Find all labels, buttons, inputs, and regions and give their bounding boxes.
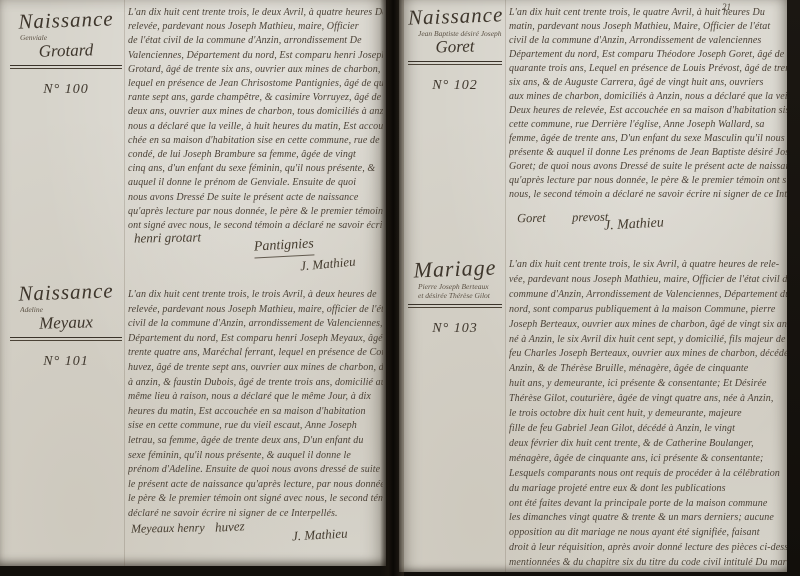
record-number: N° 102	[408, 78, 502, 94]
handwritten-line: heures du matin, Est accouchée en sa mai…	[128, 405, 383, 420]
handwritten-line: le père & le premier témoin ont signé av…	[128, 492, 383, 507]
handwritten-line: nous, le second témoin a déclaré ne savo…	[509, 188, 787, 202]
handwritten-line: Département du nord, Est comparu henri J…	[128, 332, 383, 347]
handwritten-line: Goret; de quoi nous avons Dressé de suit…	[509, 160, 787, 174]
signature-witness: huvez	[215, 518, 245, 536]
record-number: N° 103	[408, 321, 502, 337]
double-rule	[10, 337, 122, 341]
handwritten-line: letrau, sa femme, âgée de trente deux an…	[128, 434, 383, 449]
signature-mayor: J. Mathieu	[604, 215, 665, 234]
scanned-register-photo: { "document": { "kind": "French civil re…	[0, 0, 800, 576]
handwritten-line: ont été faites devant la principale port…	[509, 497, 787, 512]
handwritten-line: L'an dix huit cent trente trois, le six …	[509, 258, 787, 273]
handwritten-line: Grotard, âgé de trente six ans, ouvrier …	[128, 63, 383, 77]
handwritten-line: aux mines de charbon, domiciliés à Anzin…	[509, 90, 787, 104]
handwritten-line: quarante trois ans, Lequel en présence d…	[509, 62, 787, 76]
groom-name-note: Pierre Joseph Berteaux	[418, 282, 502, 291]
handwritten-line: nous a déclaré que la veille, à huit heu…	[128, 120, 383, 134]
handwritten-line: Département du nord, Est comparu Théodor…	[509, 48, 787, 62]
handwritten-line: présente & auquel il donne Les prénoms d…	[509, 146, 787, 160]
handwritten-line: condé, de lui Joseph Brambure sa femme, …	[128, 148, 383, 162]
handwritten-line: de l'état civil de la commune d'Anzin, a…	[128, 34, 383, 48]
handwritten-line: ménagère, âgée de cinquante ans, ici pré…	[509, 452, 787, 467]
left-page-margin-crease	[124, 0, 125, 566]
handwritten-line: opposition au dit mariage ne nous ayant …	[509, 526, 787, 541]
handwritten-line: le présent acte de naissance qu'après le…	[128, 478, 383, 493]
family-surname: Meyaux	[10, 312, 122, 335]
right-page-margin-crease	[505, 0, 506, 572]
handwritten-line: relevée, pardevant nous Joseph Mathieu, …	[128, 303, 383, 318]
handwritten-line: Valenciennes, Département du nord, Est c…	[128, 49, 383, 63]
handwritten-line: déclaré ne savoir écrire ni signer de ce…	[128, 507, 383, 522]
handwritten-line: chée en sa maison d'habitation sise en c…	[128, 134, 383, 148]
handwritten-line: cette commune, rue Derrière l'église, An…	[509, 118, 787, 132]
record-101-act-text: L'an dix huit cent trente trois, le troi…	[128, 288, 383, 522]
handwritten-line: L'an dix huit cent trente trois, le quat…	[509, 6, 787, 20]
handwritten-line: auquel il donne le prénom de Genviale. E…	[128, 176, 383, 190]
handwritten-line: sise en cette commune, rue du vieil esca…	[128, 419, 383, 434]
handwritten-line: civil de la commune d'Anzin, Arrondissem…	[509, 34, 787, 48]
handwritten-line: né à Anzin, le six Avril dix huit cent s…	[509, 333, 787, 348]
handwritten-line: L'an dix huit cent trente trois, le troi…	[128, 288, 383, 303]
handwritten-line: du mariage projeté entre eux & dont les …	[509, 482, 787, 497]
record-number: N° 100	[10, 82, 122, 98]
record-type-label: Naissance	[10, 278, 123, 307]
double-rule	[10, 65, 122, 69]
handwritten-line: Anzin, & de Thérèse Bruille, ménagère, â…	[509, 362, 787, 377]
margin-annotation-record-102: Naissance Jean Baptiste désiré Joseph Go…	[408, 4, 502, 94]
margin-annotation-record-103: Mariage Pierre Joseph Berteaux et désiré…	[408, 256, 502, 337]
record-100-act-text: L'an dix huit cent trente trois, le deux…	[128, 6, 383, 233]
handwritten-line: le trois octobre dix huit cent huit, y d…	[509, 407, 787, 422]
handwritten-line: trente quatre ans, Maréchal ferrant, leq…	[128, 346, 383, 361]
margin-annotation-record-100: Naissance Genviale Grotard N° 100	[10, 8, 122, 98]
family-surname: Grotard	[10, 40, 122, 63]
signature-witness: Pantignies	[254, 236, 315, 258]
handwritten-line: deux février dix huit cent trente, & de …	[509, 437, 787, 452]
handwritten-line: deux ans, ouvrier aux mines de charbon, …	[128, 105, 383, 119]
handwritten-line: relevée, pardevant nous Joseph Mathieu, …	[128, 20, 383, 34]
handwritten-line: Deux heures de relevée, Est accouchée en…	[509, 104, 787, 118]
handwritten-line: qu'après lecture par nous donnée, le pèr…	[509, 174, 787, 188]
handwritten-line: fille de feu Gabriel Jean Gilot, décédé …	[509, 422, 787, 437]
handwritten-line: L'an dix huit cent trente trois, le deux…	[128, 6, 383, 20]
handwritten-line: à anzin, & faustin Dubois, âgé de trente…	[128, 376, 383, 391]
handwritten-line: commune d'Anzin, Arrondissement de Valen…	[509, 288, 787, 303]
family-surname: Goret	[408, 36, 502, 58]
record-type-label: Naissance	[10, 6, 123, 35]
handwritten-line: matin, pardevant nous Joseph Mathieu, Ma…	[509, 20, 787, 34]
handwritten-line: les dimanches vingt quatre & trente & un…	[509, 511, 787, 526]
handwritten-line: vée, pardevant nous Joseph Mathieu, mair…	[509, 273, 787, 288]
bride-name-note: et désirée Thérèse Gilot	[418, 291, 502, 300]
handwritten-line: prénom d'Adeline. Ensuite de quoi nous a…	[128, 463, 383, 478]
double-rule	[408, 304, 502, 308]
handwritten-line: huit ans, y demeurante, ici présente & c…	[509, 377, 787, 392]
signature-declarant: Meyeaux henry	[131, 520, 205, 536]
handwritten-line: six ans, & de Auguste Carrera, âgé de vi…	[509, 76, 787, 90]
handwritten-line: rante sept ans, garde champêtre, & casim…	[128, 91, 383, 105]
record-number: N° 101	[10, 354, 122, 370]
handwritten-line: qu'après lecture par nous donnée, le pèr…	[128, 205, 383, 219]
handwritten-line: droit à leur réquisition, après avoir do…	[509, 541, 787, 556]
book-gutter-shadow	[380, 0, 404, 576]
handwritten-line: femme, âgée de trente ans, D'un enfant d…	[509, 132, 787, 146]
record-103-act-text: L'an dix huit cent trente trois, le six …	[509, 258, 787, 571]
handwritten-line: Lesquels comparants nous ont requis de p…	[509, 467, 787, 482]
handwritten-line: cinq ans, d'un enfant du sexe féminin, q…	[128, 162, 383, 176]
handwritten-line: huvez, âgé de trente sept ans, ouvrier a…	[128, 361, 383, 376]
handwritten-line: lequel en présence de Jean Chrisostome P…	[128, 77, 383, 91]
signature-mayor: J. Mathieu	[292, 526, 348, 545]
double-rule	[408, 61, 502, 65]
handwritten-line: civil de la commune d'Anzin, arrondissem…	[128, 317, 383, 332]
handwritten-line: nord, sont comparus publiquement à la ma…	[509, 303, 787, 318]
record-102-act-text: L'an dix huit cent trente trois, le quat…	[509, 6, 787, 202]
handwritten-line: Thérèse Gilot, couturière, âgée de vingt…	[509, 392, 787, 407]
record-type-label: Naissance	[408, 2, 503, 30]
handwritten-line: nous avons Dressé De suite le présent ac…	[128, 191, 383, 205]
signature-declarant: henri grotart	[134, 229, 201, 246]
handwritten-line: sexe féminin, qu'il nous présente, & auq…	[128, 449, 383, 464]
handwritten-line: Joseph Berteaux, ouvrier aux mines de ch…	[509, 318, 787, 333]
margin-annotation-record-101: Naissance Adeline Meyaux N° 101	[10, 280, 122, 370]
signature-declarant: Goret	[517, 211, 546, 226]
handwritten-line: feu Charles Joseph Berteaux, ouvrier aux…	[509, 347, 787, 362]
record-type-label: Mariage	[408, 254, 503, 283]
handwritten-line: même lieu à raison, nous a déclaré que l…	[128, 390, 383, 405]
handwritten-line: mentionnées & du chapitre six du titre d…	[509, 556, 787, 571]
